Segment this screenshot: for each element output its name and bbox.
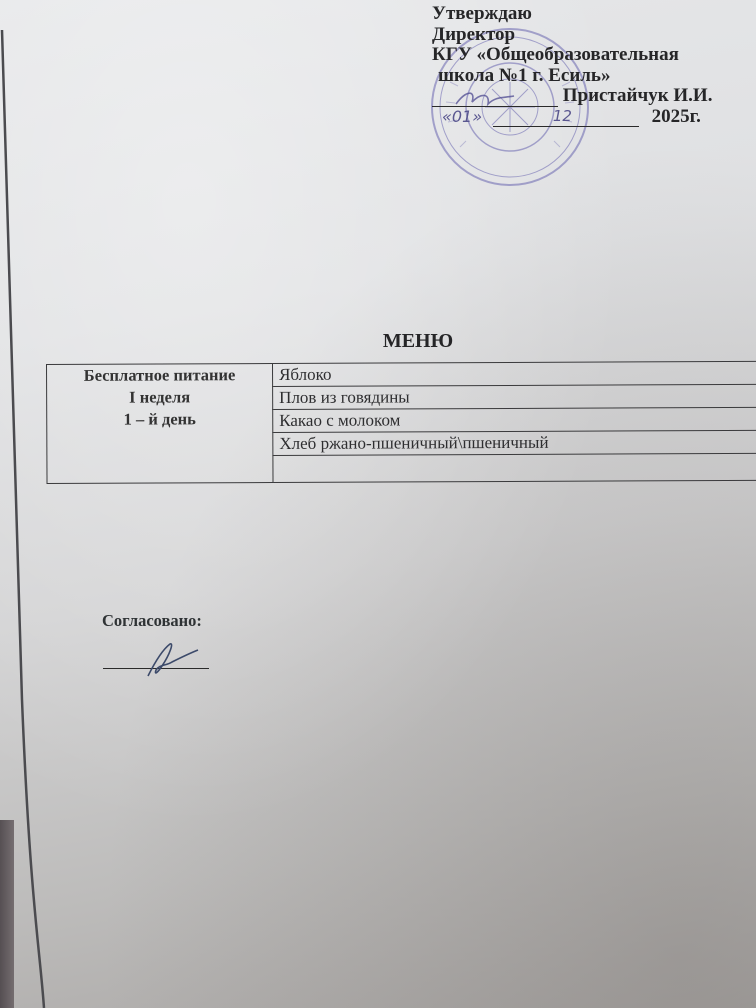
menu-item-empty <box>273 453 756 482</box>
paper-shading <box>0 0 756 1008</box>
agreement-signature-icon <box>140 640 210 680</box>
date-year: 2025г. <box>652 106 701 127</box>
agreement-label: Согласовано: <box>102 611 202 631</box>
approval-organization: КГУ «Общеобразовательная <box>432 45 712 66</box>
menu-item: Плов из говядины <box>273 384 756 409</box>
menu-table: Бесплатное питание I неделя 1 – й день Я… <box>46 361 756 484</box>
week-label: I неделя <box>53 386 266 409</box>
approval-block: Утверждаю Директор КГУ «Общеобразователь… <box>432 4 712 127</box>
approval-heading: Утверждаю <box>432 4 712 25</box>
table-row: Бесплатное питание I неделя 1 – й день Я… <box>47 361 756 387</box>
director-signature-icon <box>452 86 522 110</box>
approval-position: Директор <box>432 25 712 46</box>
menu-meta-cell: Бесплатное питание I неделя 1 – й день <box>47 364 274 484</box>
date-month-line: 12 <box>493 110 639 127</box>
menu-item: Какао с молоком <box>273 407 756 432</box>
date-month: 12 <box>553 106 572 127</box>
director-signature-line <box>432 88 558 107</box>
menu-item: Хлеб ржано-пшеничный\пшеничный <box>273 430 756 455</box>
day-label: 1 – й день <box>53 408 266 431</box>
program-label: Бесплатное питание <box>53 364 266 387</box>
director-name: Пристайчук И.И. <box>563 85 713 106</box>
approval-date-row: «01» 12 2025г. <box>432 107 712 128</box>
approval-organization-cont: школа №1 г. Есиль» <box>432 66 712 87</box>
director-signature-row: Пристайчук И.И. <box>432 86 712 107</box>
menu-item: Яблоко <box>273 361 756 386</box>
menu-title: МЕНЮ <box>0 330 756 353</box>
background-shadow <box>0 820 14 1008</box>
